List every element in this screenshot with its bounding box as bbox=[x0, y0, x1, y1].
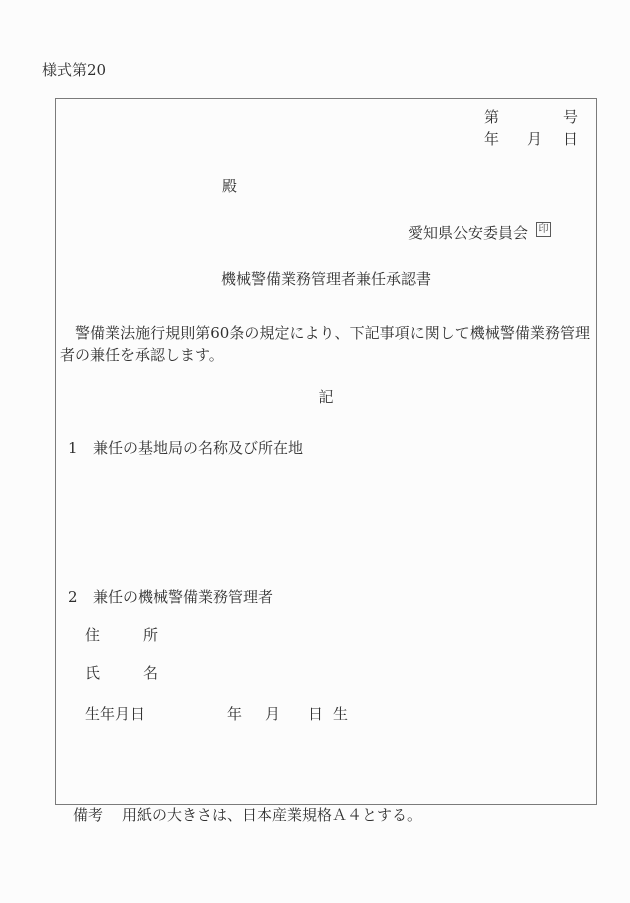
remarks-label: 備考 bbox=[73, 808, 103, 823]
addressee-honorific: 殿 bbox=[222, 179, 237, 194]
remarks-text: 用紙の大きさは、日本産業規格Ａ４とする。 bbox=[122, 808, 422, 823]
document-title: 機械警備業務管理者兼任承認書 bbox=[55, 272, 597, 287]
birthdate-year-label: 年 bbox=[227, 707, 242, 722]
form-number-label: 様式第20 bbox=[42, 63, 106, 78]
document-page: 様式第20 第 号 年 月 日 殿 愛知県公安委員会 印 機械警備業務管理者兼任… bbox=[0, 0, 630, 903]
item-1-number: 1 bbox=[68, 441, 78, 456]
seal-mark: 印 bbox=[536, 222, 551, 237]
item-2-number: 2 bbox=[68, 590, 78, 605]
doc-number-suffix: 号 bbox=[563, 110, 578, 125]
date-day-label: 日 bbox=[563, 132, 578, 147]
birthdate-suffix-label: 生 bbox=[333, 707, 348, 722]
issuer-name: 愛知県公安委員会 bbox=[408, 226, 528, 241]
body-paragraph: 警備業法施行規則第60条の規定により、下記事項に関して機械警備業務管理者の兼任を… bbox=[60, 322, 590, 366]
birthdate-month-label: 月 bbox=[265, 707, 280, 722]
birthdate-label: 生年月日 bbox=[85, 707, 145, 722]
date-year-label: 年 bbox=[484, 132, 499, 147]
item-2-label: 兼任の機械警備業務管理者 bbox=[93, 590, 273, 605]
birthdate-day-label: 日 bbox=[308, 707, 323, 722]
name-label-left: 氏 bbox=[85, 666, 100, 681]
doc-number-prefix: 第 bbox=[484, 110, 499, 125]
address-label-left: 住 bbox=[85, 628, 100, 643]
address-label-right: 所 bbox=[143, 628, 158, 643]
name-label-right: 名 bbox=[143, 666, 158, 681]
item-1-label: 兼任の基地局の名称及び所在地 bbox=[93, 441, 303, 456]
record-marker: 記 bbox=[55, 390, 597, 405]
date-month-label: 月 bbox=[527, 132, 542, 147]
